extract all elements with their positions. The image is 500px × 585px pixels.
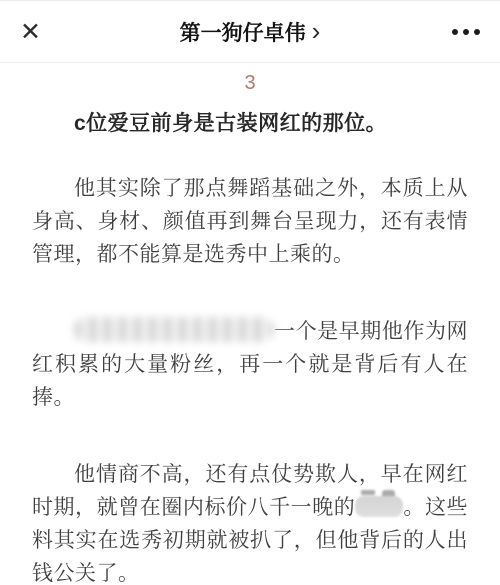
censored-blur-small (355, 496, 403, 517)
chevron-right-icon: › (312, 21, 321, 41)
close-icon: ✕ (20, 17, 41, 46)
account-title-text: 第一狗仔卓伟 (180, 17, 306, 47)
paragraph: 一个是早期他作为网红积累的大量粉丝，再一个就是背后有人在捧。 (32, 315, 468, 414)
more-options-icon (452, 29, 480, 35)
close-button[interactable]: ✕ (20, 19, 60, 44)
article-content: 3 c位爱豆前身是古装网红的那位。 他其实除了那点舞蹈基础之外，本质上从身高、身… (0, 71, 500, 585)
paragraph-lead: c位爱豆前身是古装网红的那位。 (32, 107, 468, 140)
paragraph: 他情商不高，还有点仗势欺人，早在网红时期，就曾在圈内标价八千一晚的。这些料其实在… (32, 458, 468, 585)
page-number: 3 (32, 71, 468, 95)
paragraph: 他其实除了那点舞蹈基础之外，本质上从身高、身材、颜值再到舞台呈现力，还有表情管理… (32, 172, 468, 271)
more-button[interactable] (440, 29, 480, 35)
censored-blur-large (74, 317, 274, 342)
page-title[interactable]: 第一狗仔卓伟 › (180, 17, 321, 47)
navbar: ✕ 第一狗仔卓伟 › (0, 1, 500, 63)
article-viewer-screen: ✕ 第一狗仔卓伟 › 3 c位爱豆前身是古装网红的那位。 他其实除了那点舞蹈基础… (0, 0, 500, 585)
